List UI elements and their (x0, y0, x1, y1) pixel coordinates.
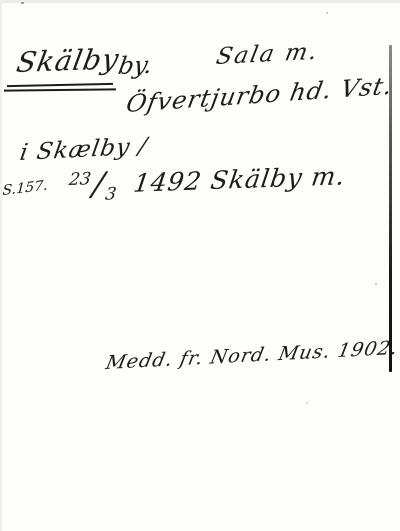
record-year-and-name: 1492 Skälby m. (132, 161, 348, 197)
headword: Skälby (14, 42, 122, 79)
source-attribution: Medd. fr. Nord. Mus. 1902. (104, 337, 400, 374)
scan-speck (375, 283, 377, 285)
headword-underline-second (4, 88, 116, 91)
scan-speck (21, 2, 24, 4)
date-fraction-denominator: 3 (104, 184, 118, 204)
headword-underline (7, 83, 113, 87)
district-line: Öfvertjurbo hd. Vst. (124, 72, 395, 118)
scan-speck (306, 402, 308, 404)
scan-speck (326, 12, 328, 14)
headword-type-label: by. (116, 51, 155, 80)
scan-artifact-line (389, 45, 392, 372)
date-fraction: 23 / 3 (66, 162, 121, 202)
date-fraction-numerator: 23 (68, 169, 93, 190)
locality-label: Sala m. (214, 39, 321, 70)
record-line: 23 / 3 1492 Skälby m. (66, 154, 348, 202)
scan-edge-top (0, 0, 400, 3)
scan-edge-left (0, 0, 2, 531)
margin-reference: S.157. (2, 178, 48, 199)
archive-card: Skälby by. Sala m. Öfvertjurbo hd. Vst. … (0, 0, 400, 531)
